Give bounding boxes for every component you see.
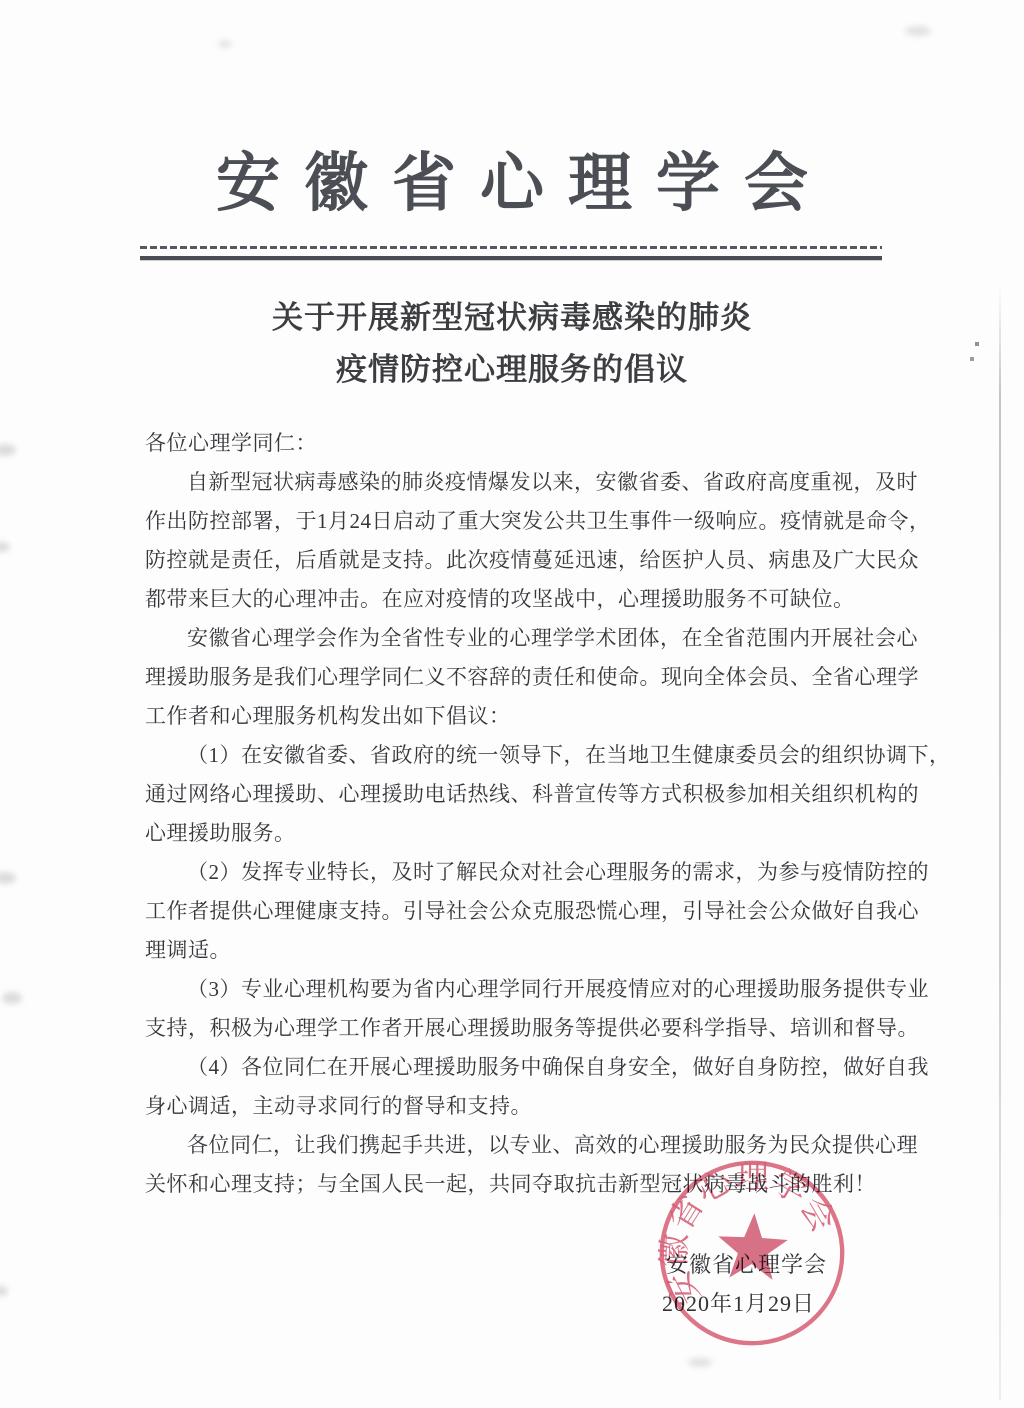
letter-body: 各位心理学同仁：自新型冠状病毒感染的肺炎疫情爆发以来，安徽省委、省政府高度重视，… — [145, 424, 882, 1204]
body-line: 都带来巨大的心理冲击。在应对疫情的攻坚战中，心理援助服务不可缺位。 — [145, 580, 882, 619]
body-line: 作出防控部署，于1月24日启动了重大突发公共卫生事件一级响应。疫情就是命令， — [145, 502, 882, 541]
scan-speck — [970, 357, 974, 361]
body-line: 理援助服务是我们心理学同仁义不容辞的责任和使命。现向全体会员、全省心理学 — [145, 658, 882, 697]
body-line: 通过网络心理援助、心理援助电话热线、科普宣传等方式积极参加相关组织机构的 — [145, 775, 882, 814]
body-line: 各位心理学同仁： — [145, 424, 882, 463]
body-line: （2）发挥专业特长，及时了解民众对社会心理服务的需求，为参与疫情防控的 — [145, 853, 882, 892]
scan-smudge — [0, 444, 16, 456]
body-line: 防控就是责任，后盾就是支持。此次疫情蔓延迅速，给医护人员、病患及广大民众 — [145, 541, 882, 580]
document-title-line1: 关于开展新型冠状病毒感染的肺炎 — [0, 292, 1024, 344]
document-title: 关于开展新型冠状病毒感染的肺炎 疫情防控心理服务的倡议 — [0, 292, 1024, 396]
body-line: （4）各位同仁在开展心理援助服务中确保自身安全，做好自身防控，做好自我 — [145, 1048, 882, 1087]
signature-date: 2020年1月29日 — [662, 1287, 815, 1318]
letterhead-solid-divider — [140, 256, 882, 260]
body-line: 安徽省心理学会作为全省性专业的心理学学术团体，在全省范围内开展社会心 — [145, 619, 882, 658]
scan-smudge — [688, 1358, 712, 1367]
body-line: 工作者提供心理健康支持。引导社会公众克服恐慌心理，引导社会公众做好自我心 — [145, 892, 882, 931]
body-line: （1）在安徽省委、省政府的统一领导下，在当地卫生健康委员会的组织协调下， — [145, 736, 882, 775]
body-line: 各位同仁，让我们携起手共进，以专业、高效的心理援助服务为民众提供心理 — [145, 1126, 882, 1165]
scan-smudge — [0, 872, 16, 884]
scan-smudge — [2, 992, 22, 1004]
scan-smudge — [0, 1286, 8, 1296]
scan-speck — [975, 342, 979, 346]
scan-smudge — [0, 542, 10, 552]
signature-org-name: 安徽省心理学会 — [666, 1248, 827, 1279]
body-line: 支持，积极为心理学工作者开展心理援助服务等提供必要科学指导、培训和督导。 — [145, 1009, 882, 1048]
scan-smudge — [905, 26, 931, 36]
document-page: 安徽省心理学会 关于开展新型冠状病毒感染的肺炎 疫情防控心理服务的倡议 各位心理… — [0, 0, 1024, 1408]
body-line: （3）专业心理机构要为省内心理学同行开展疫情应对的心理援助服务提供专业 — [145, 970, 882, 1009]
body-line: 心理援助服务。 — [145, 814, 882, 853]
body-line: 自新型冠状病毒感染的肺炎疫情爆发以来，安徽省委、省政府高度重视，及时 — [145, 463, 882, 502]
body-line: 理调适。 — [145, 931, 882, 970]
letterhead-dashed-divider — [140, 246, 882, 249]
document-title-line2: 疫情防控心理服务的倡议 — [0, 344, 1024, 396]
letterhead-org-name: 安徽省心理学会 — [0, 132, 1024, 224]
body-line: 关怀和心理支持；与全国人民一起，共同夺取抗击新型冠状病毒战斗的胜利！ — [145, 1165, 882, 1204]
scan-edge-line — [999, 285, 1001, 1400]
body-line: 工作者和心理服务机构发出如下倡议： — [145, 697, 882, 736]
scan-smudge — [218, 40, 232, 48]
body-line: 身心调适，主动寻求同行的督导和支持。 — [145, 1087, 882, 1126]
